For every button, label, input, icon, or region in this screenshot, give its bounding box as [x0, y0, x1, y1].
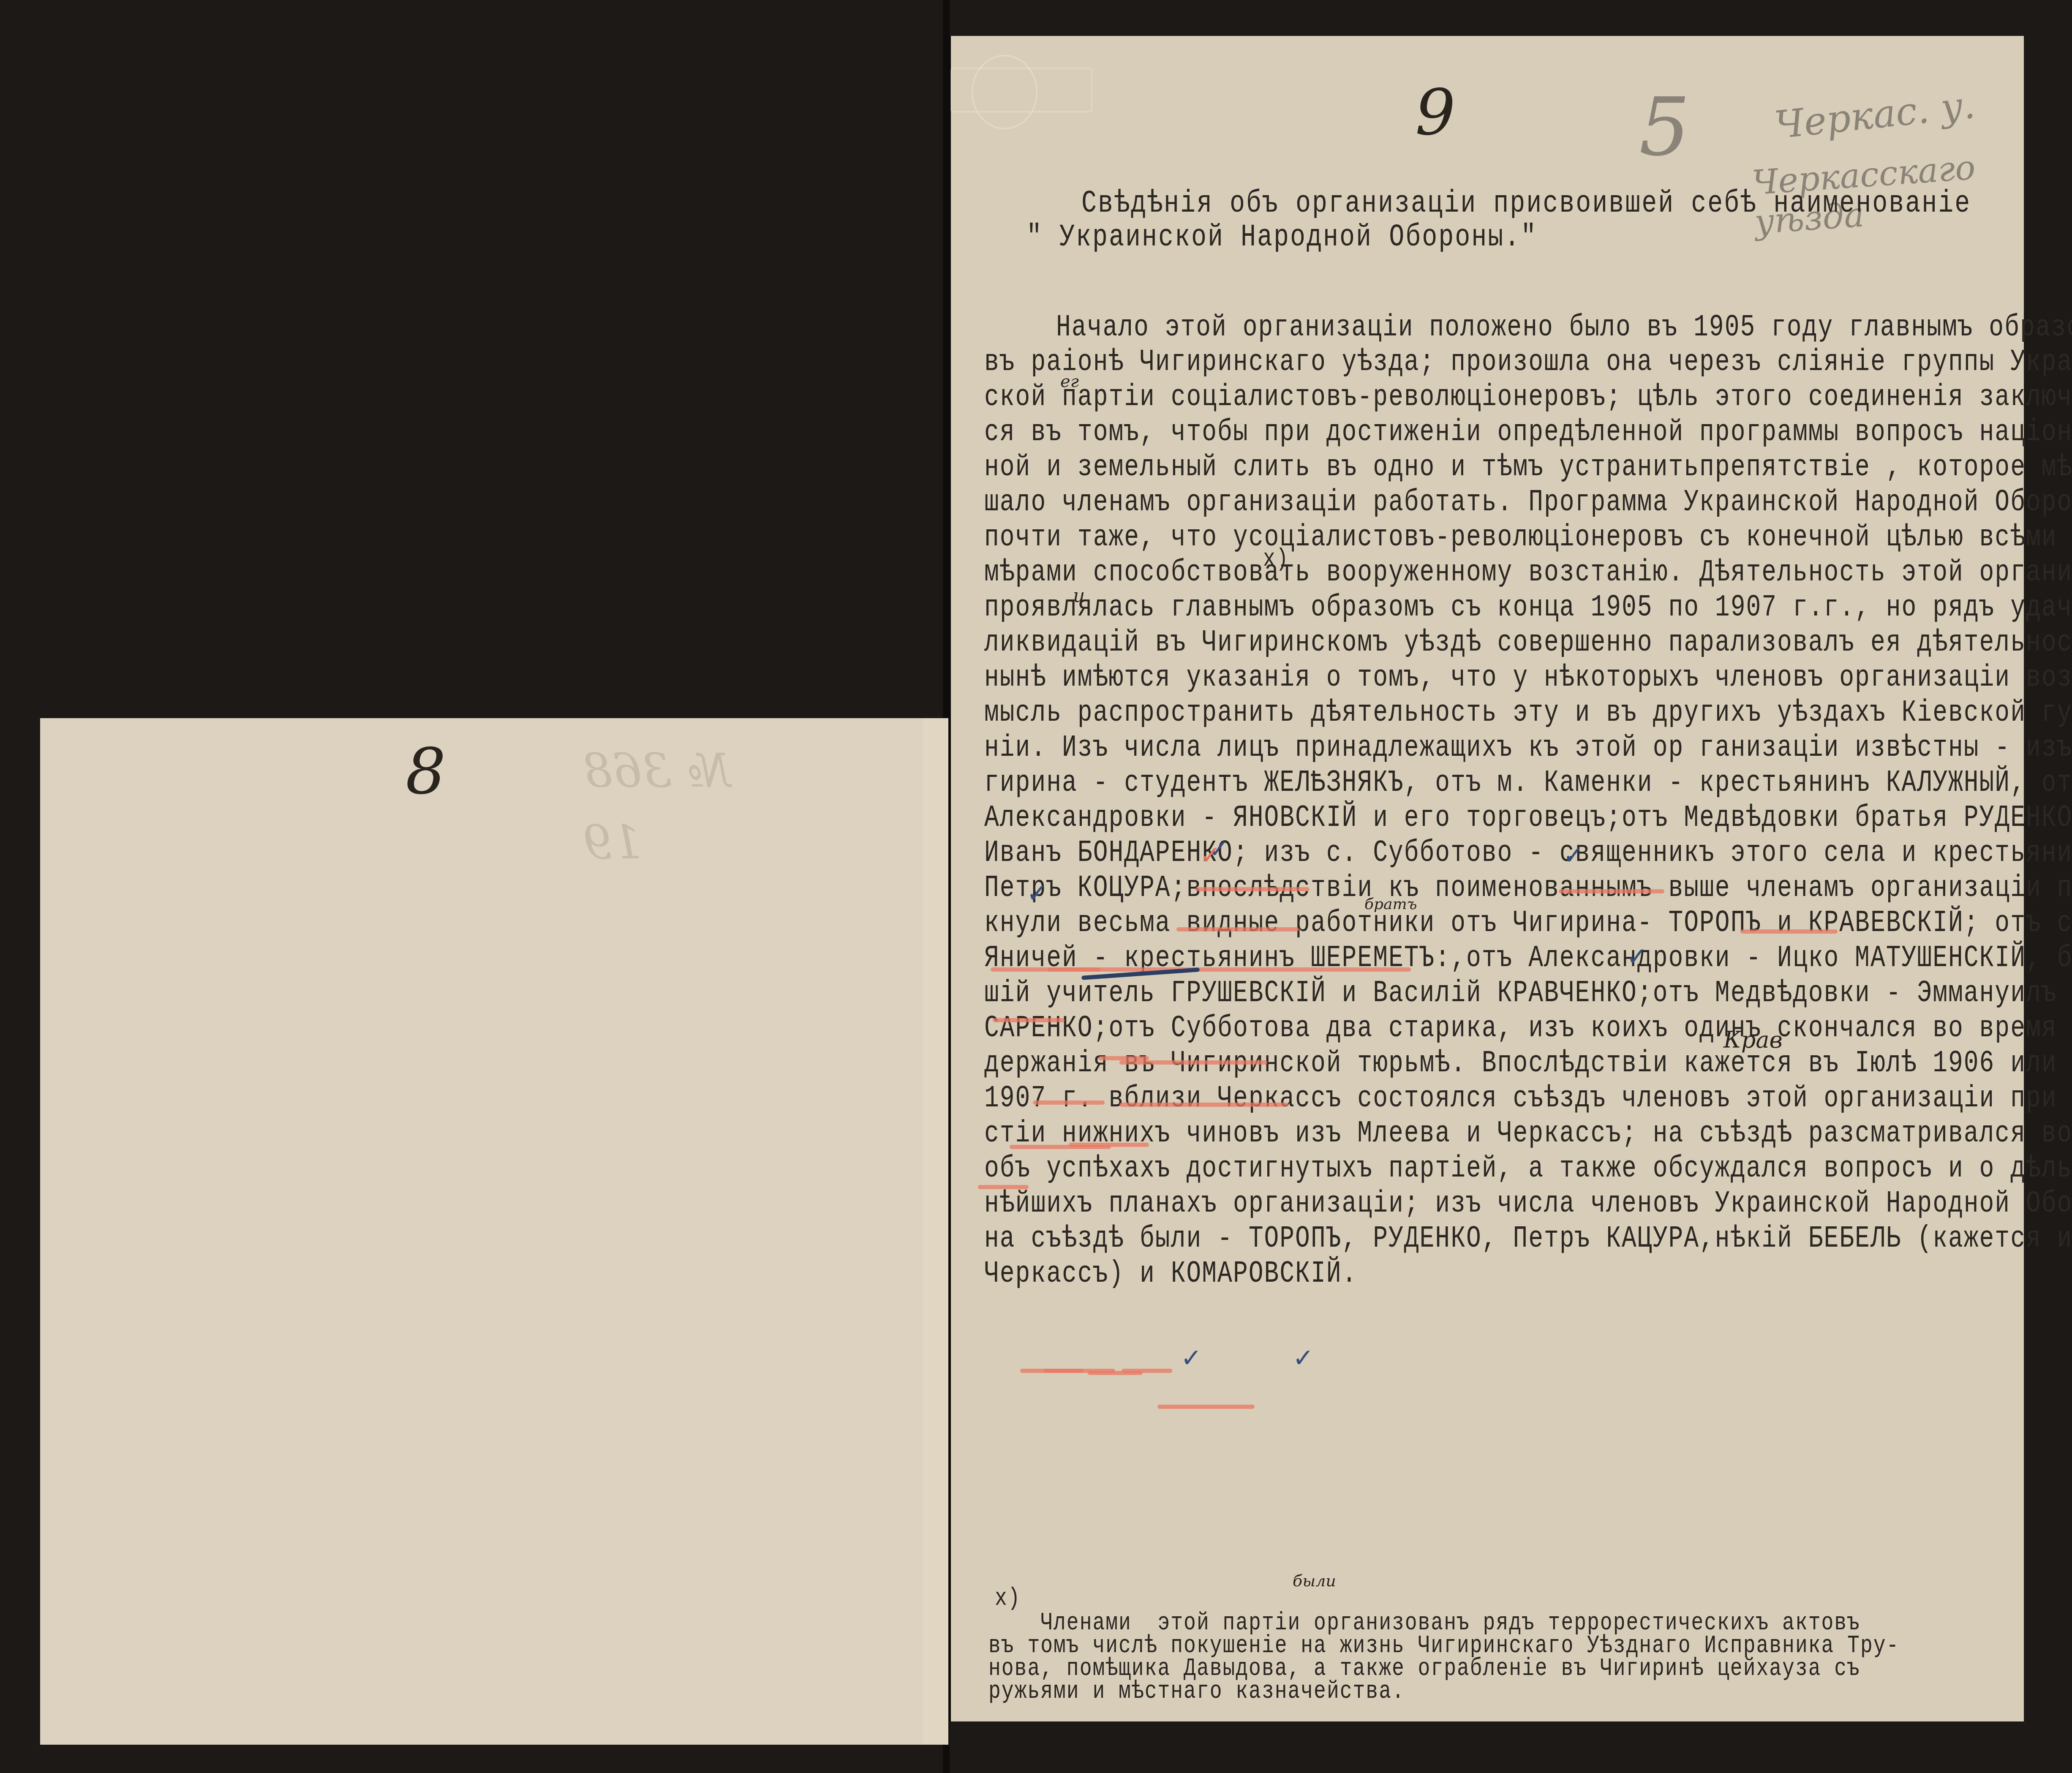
body-line: ной и земельный слить въ одно и тѣмъ уст… [984, 450, 2072, 485]
red-underline [1119, 1103, 1288, 1107]
body-line: Петръ КОЦУРА;впослѣдствіи къ поименованн… [984, 871, 2072, 905]
left-page [40, 718, 948, 1745]
body-line: въ раіонѣ Чигиринскаго уѣзда; произошла … [984, 345, 2072, 379]
handwritten-correction: и [1073, 585, 1085, 607]
blue-check-icon: ✓ [1293, 1343, 1314, 1373]
red-underline [1069, 1143, 1149, 1147]
pencil-number: 5 [1639, 80, 1690, 174]
body-line: ской партіи соціалистовъ-революціонеровъ… [984, 380, 2072, 414]
body-line: проявлялась главнымъ образомъ съ конца 1… [984, 591, 2072, 625]
body-line: ликвидацій въ Чигиринскомъ уѣздѣ соверше… [984, 626, 2072, 660]
red-underline [1559, 889, 1664, 893]
red-underline [1740, 929, 1838, 934]
red-underline [1033, 1100, 1105, 1105]
handwritten-correction: были [1293, 1571, 1336, 1590]
body-line: 1907 г. вблизи Черкассъ состоялся съѣздъ… [984, 1081, 2072, 1116]
handwritten-correction: Крав [1723, 1027, 1783, 1053]
body-line: гирина - студентъ ЖЕЛѢЗНЯКЪ, отъ м. Каме… [984, 766, 2072, 800]
body-line: нынѣ имѣются указанія о томъ, что у нѣко… [984, 661, 2072, 695]
body-line: Иванъ БОНДАРЕНКО; изъ с. Субботово - свя… [984, 836, 2072, 870]
body-line: ся въ томъ, чтобы при достиженіи опредѣл… [984, 415, 2072, 449]
left-folio-number: 8 [406, 735, 446, 809]
red-underline [1098, 1056, 1149, 1060]
blue-check-icon: ✓ [1563, 841, 1584, 870]
red-check-icon: ✓ [1200, 841, 1221, 870]
body-line: Александровки - ЯНОВСКІЙ и его торговецъ… [984, 801, 2072, 835]
red-underline [1048, 967, 1411, 972]
body-line: Черкассъ) и КОМАРОВСКІЙ. [984, 1257, 1357, 1291]
red-underline [993, 1018, 1065, 1022]
body-line: мѣрами способствовать вооруженному возст… [984, 556, 2072, 590]
red-underline [978, 1185, 1029, 1189]
document-title-line2: " Украинской Народной Обороны." [1026, 220, 1537, 256]
footnote-line: ружьями и мѣстнаго казначейства. [988, 1677, 1405, 1706]
handwritten-correction: ег [1060, 372, 1079, 391]
body-line: на съѣздѣ были - ТОРОПЪ, РУДЕНКО, Петръ … [984, 1222, 2072, 1256]
body-line: мысль распространить дѣятельность эту и … [984, 696, 2072, 730]
document-title-line1: Свѣдѣнія объ организаціи присвоившей себ… [1081, 186, 1971, 222]
body-line: почти таже, что усоціалистовъ-революціон… [984, 520, 2057, 555]
blue-check-icon: ✓ [1026, 879, 1048, 908]
blue-check-icon: ✓ [1626, 942, 1647, 972]
body-line: ніи. Изъ числа лицъ принадлежащихъ къ эт… [984, 731, 2072, 765]
bleed-through-text: 19 [583, 815, 642, 869]
body-line: объ успѣхахъ достигнутыхъ партіей, а так… [984, 1152, 2072, 1186]
red-underline [1195, 887, 1310, 891]
blue-check-icon: ✓ [1181, 1343, 1202, 1373]
bleed-through-text: № 368 [583, 744, 730, 798]
red-underline [1157, 1405, 1255, 1409]
embossed-seal-icon [972, 55, 1037, 129]
body-line: Начало этой организаціи положено было въ… [1056, 310, 2072, 345]
red-underline [1119, 1060, 1267, 1065]
body-line: шало членамъ организаціи работать. Прогр… [984, 485, 2072, 520]
red-underline [1122, 1369, 1172, 1373]
body-line: шій учитель ГРУШЕВСКІЙ и Василій КРАВЧЕН… [984, 976, 2072, 1010]
body-line: САРЕНКО;отъ Субботова два старика, изъ к… [984, 1011, 2072, 1046]
body-line: нѣйшихъ планахъ организаціи; изъ числа ч… [984, 1187, 2072, 1221]
handwritten-correction: братъ [1364, 896, 1417, 913]
red-underline [1176, 927, 1299, 931]
body-line: кнули весьма видные работники отъ Чигири… [984, 906, 2072, 940]
right-folio-number: 9 [1415, 76, 1455, 150]
